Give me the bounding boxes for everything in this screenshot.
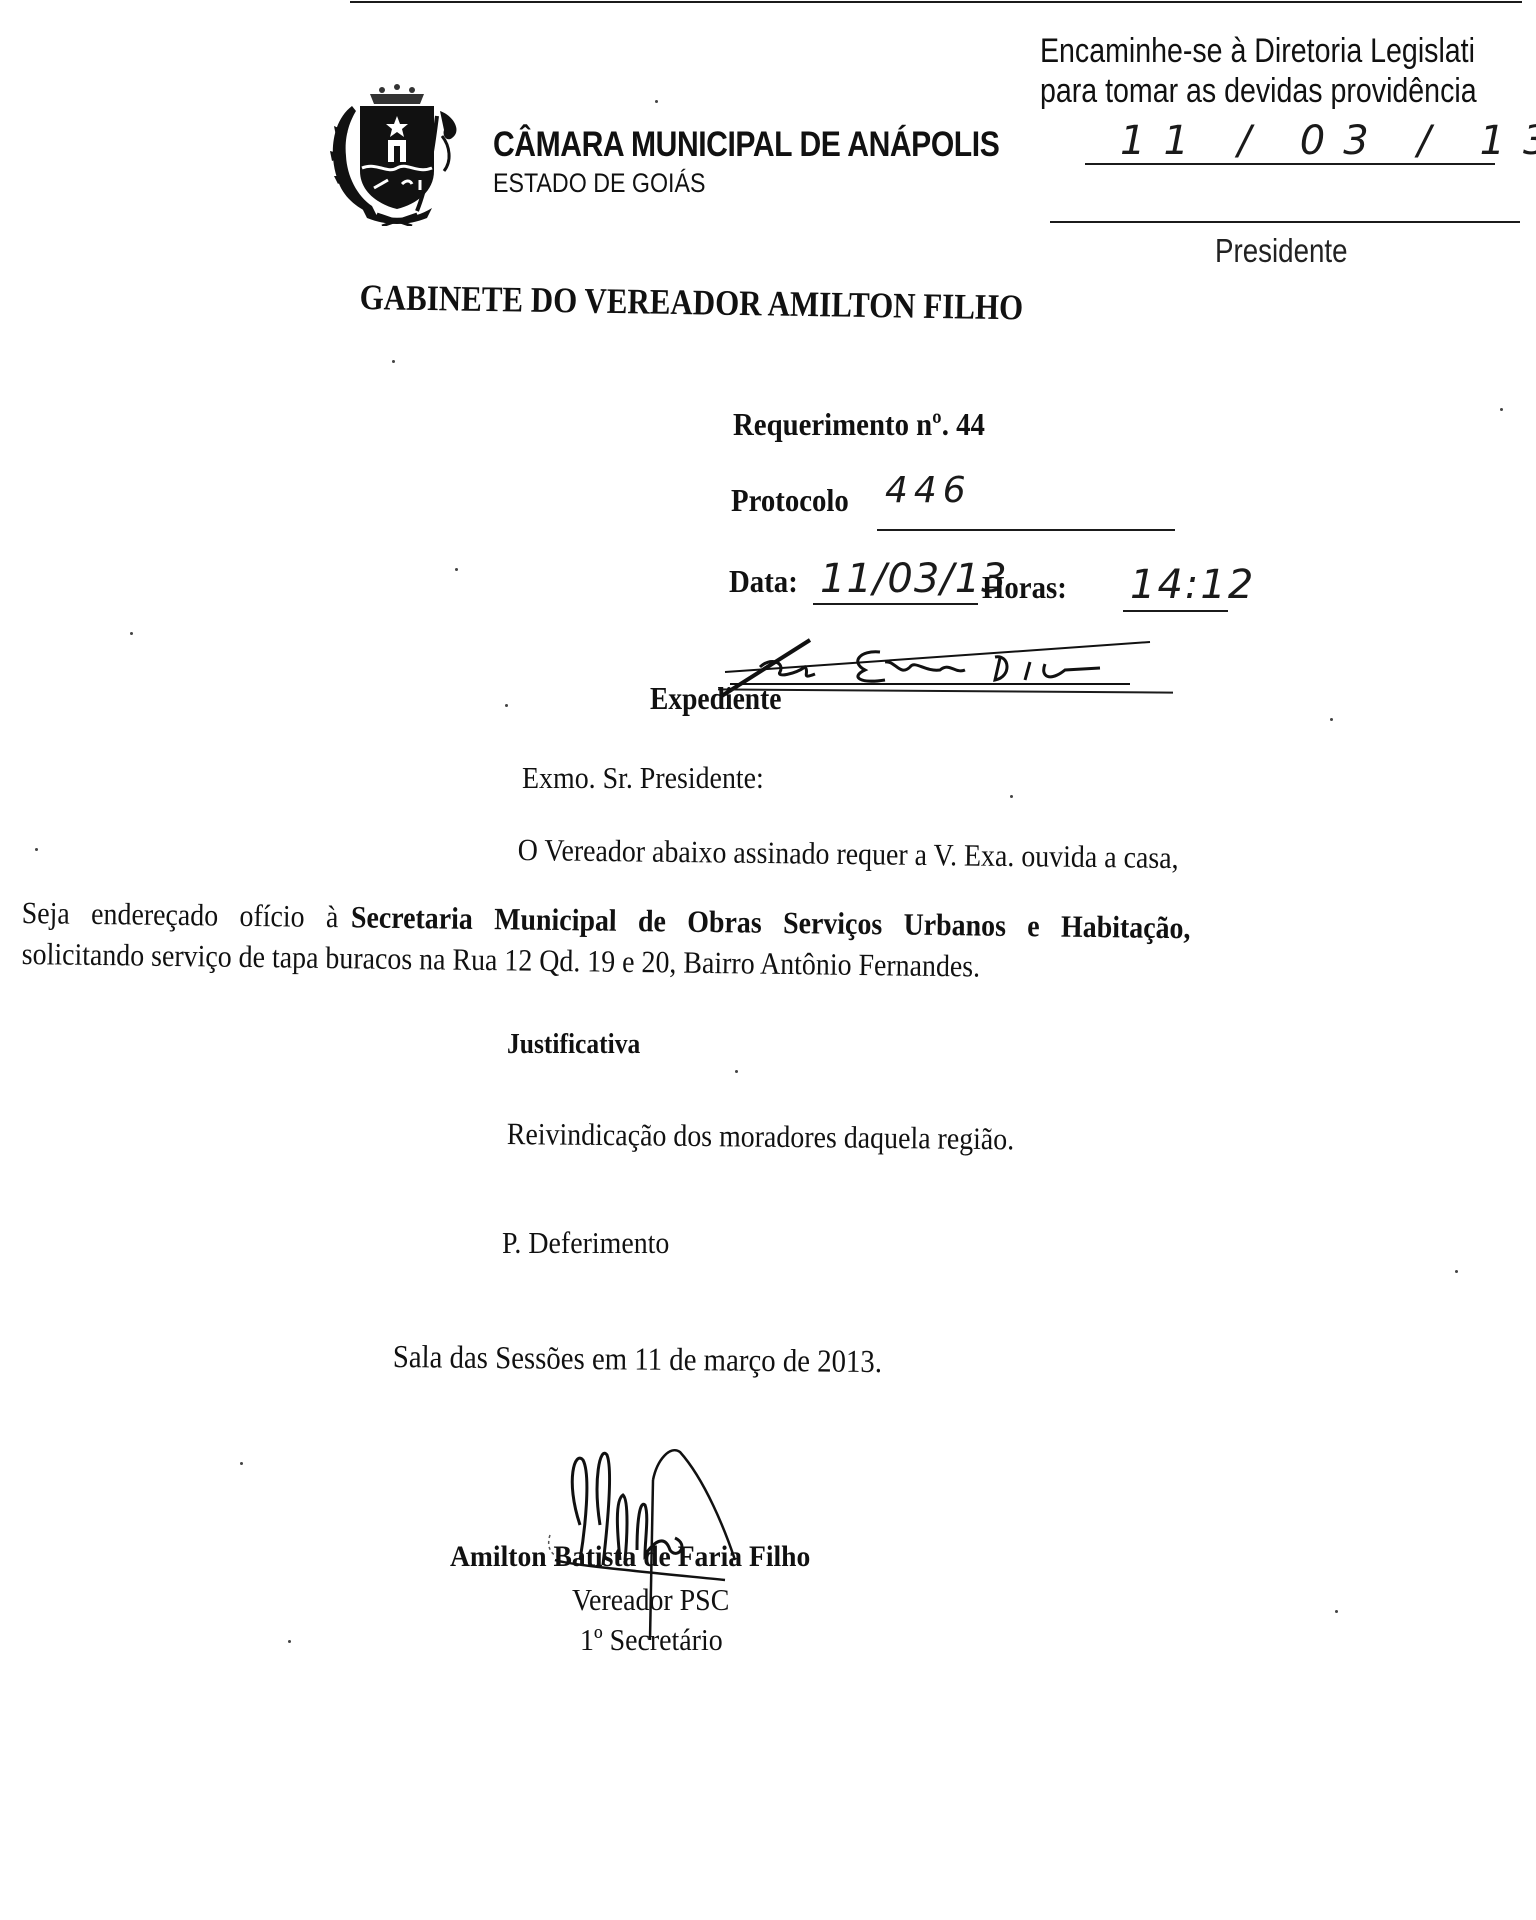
request-number: Requerimento nº. 44 — [733, 406, 1013, 443]
protocol-line — [877, 529, 1175, 531]
justification-heading: Justificativa — [507, 1028, 658, 1061]
stamp-date-line — [1085, 163, 1495, 165]
date-value: 11/03/13 — [820, 556, 1008, 602]
forwarding-stamp-line2: para tomar as devidas providência — [1040, 72, 1536, 111]
office-title: GABINETE DO VEREADOR AMILTON FILHO — [359, 276, 1131, 330]
secretariat-name: Secretaria Municipal de Obras Serviços U… — [351, 899, 1191, 945]
stamp-signature-line — [1050, 221, 1520, 223]
coat-of-arms-icon — [322, 76, 472, 226]
author-office: 1º Secretário — [580, 1622, 739, 1658]
stamp-handwritten-date: 11 / 03 / 13 — [1120, 118, 1536, 164]
intro-text: O Vereador abaixo assinado requer a V. E… — [518, 832, 1253, 877]
top-border-line — [350, 1, 1522, 3]
scan-speck — [288, 1640, 291, 1643]
paragraph-prefix: Seja endereçado ofício à — [22, 895, 339, 934]
author-role: Vereador PSC — [572, 1582, 747, 1618]
date-label: Data: — [729, 563, 805, 600]
scan-speck — [455, 568, 458, 571]
scan-speck — [1335, 1610, 1338, 1613]
section-label: Expediente — [650, 680, 803, 717]
scan-speck — [735, 1070, 738, 1073]
salutation: Exmo. Sr. Presidente: — [522, 760, 791, 796]
stamp-signature-label: Presidente — [1215, 232, 1373, 270]
scan-speck — [1010, 795, 1013, 798]
place-and-date: Sala das Sessões em 11 de março de 2013. — [393, 1338, 937, 1381]
date-line — [813, 603, 978, 605]
scan-speck — [655, 100, 658, 103]
scan-speck — [1455, 1270, 1458, 1273]
protocol-value: 446 — [885, 470, 972, 511]
request-paragraph-line2: solicitando serviço de tapa buracos na R… — [22, 936, 1087, 986]
closing: P. Deferimento — [502, 1225, 688, 1261]
protocol-label: Protocolo — [731, 482, 862, 519]
time-line — [1123, 610, 1228, 612]
time-label: Horas: — [982, 569, 1076, 606]
scan-speck — [1500, 408, 1503, 411]
scan-speck — [130, 632, 133, 635]
justification-text: Reivindicação dos moradores daquela regi… — [507, 1116, 1071, 1158]
scan-speck — [240, 1462, 243, 1465]
institution-name: CÂMARA MUNICIPAL DE ANÁPOLIS — [493, 125, 1082, 165]
time-value: 14:12 — [1130, 562, 1255, 608]
author-name: Amilton Batista de Faria Filho — [450, 1540, 842, 1574]
forwarding-stamp-line1: Encaminhe-se à Diretoria Legislati — [1040, 32, 1536, 71]
scan-speck — [505, 704, 508, 707]
scan-speck — [1330, 718, 1333, 721]
scan-speck — [392, 360, 395, 363]
state-name: ESTADO DE GOIÁS — [493, 168, 740, 199]
scan-speck — [35, 848, 38, 851]
